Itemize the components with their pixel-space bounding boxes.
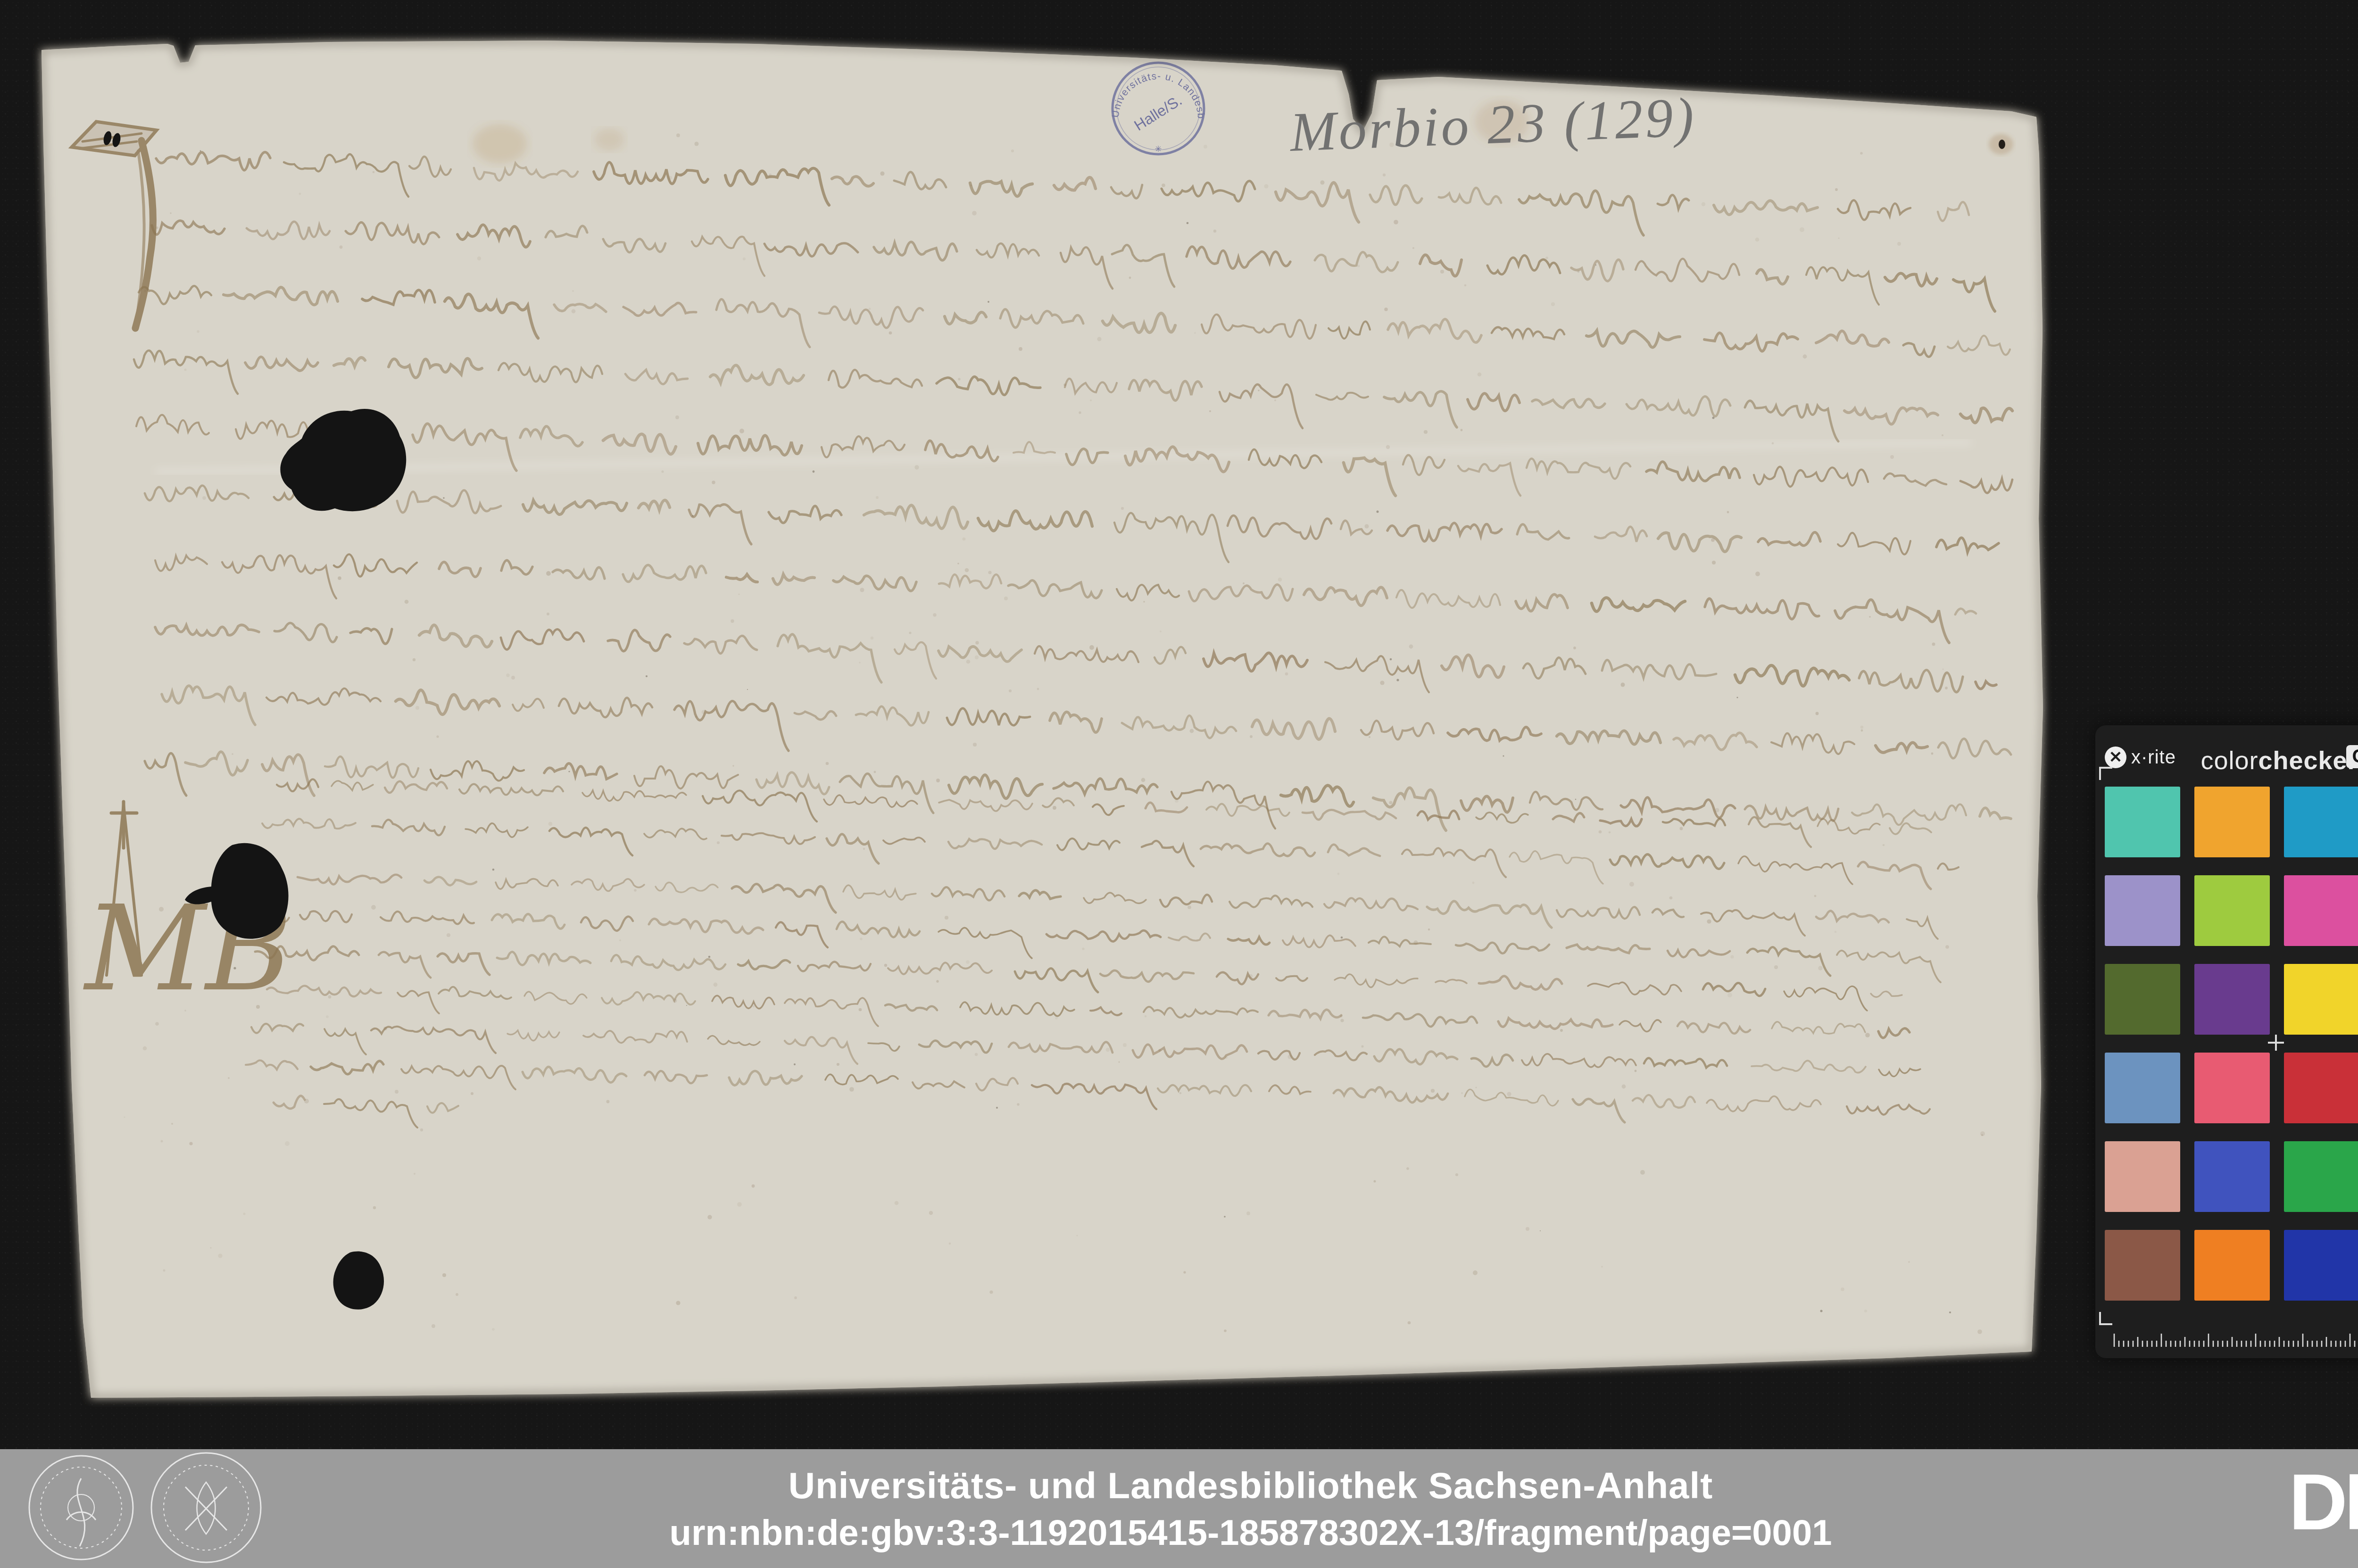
stamp-bottom-mark: ✳ bbox=[1154, 144, 1162, 154]
library-stamp: Universitäts- u. Landesbibliothek Halle/… bbox=[1107, 58, 1209, 159]
colorchecker-patch-r5c1 bbox=[2105, 1141, 2180, 1212]
colorchecker-patch-r2c3 bbox=[2284, 875, 2358, 946]
colorchecker-patch-r3c1 bbox=[2105, 964, 2180, 1035]
colorchecker-patch-r1c3 bbox=[2284, 787, 2358, 857]
xrite-brand-label: x·rite bbox=[2131, 747, 2176, 768]
xrite-brand: ✕ x·rite bbox=[2105, 745, 2176, 770]
colorchecker-patch-r5c2 bbox=[2194, 1141, 2270, 1212]
parchment-photo: MB bbox=[0, 0, 2358, 1568]
colorchecker-patch-r6c1 bbox=[2105, 1230, 2180, 1301]
colorchecker-patch-r3c3 bbox=[2284, 964, 2358, 1035]
colorchecker-patch-r4c1 bbox=[2105, 1053, 2180, 1123]
footer-bar: Universitäts- und Landesbibliothek Sachs… bbox=[0, 1449, 2358, 1568]
colorchecker-title: colorchecker bbox=[2194, 746, 2358, 775]
colorchecker-patch-r1c2 bbox=[2194, 787, 2270, 857]
parchment-edge-shadow bbox=[42, 41, 2043, 1398]
colorchecker-patch-r4c3 bbox=[2284, 1053, 2358, 1123]
colorchecker-patch-r1c1 bbox=[2105, 787, 2180, 857]
ruler-mm: mm bbox=[2112, 1325, 2358, 1350]
dfg-logo: DFG bbox=[2289, 1457, 2358, 1548]
scan-page: MB Universitäts- u. Landesbibliothek Hal… bbox=[0, 0, 2358, 1568]
colorchecker-patch-r2c2 bbox=[2194, 875, 2270, 946]
footer-urn: urn:nbn:de:gbv:3:3-1192015415-185878302X… bbox=[0, 1512, 2358, 1553]
fiducial-top-left bbox=[2099, 767, 2112, 780]
colorchecker-card: ✕ x·rite colorchecker CLASSIC mm bbox=[2095, 725, 2358, 1358]
colorchecker-title-bold: checker bbox=[2258, 747, 2358, 775]
colorchecker-patch-r2c1 bbox=[2105, 875, 2180, 946]
stamp-center-text: Halle/S. bbox=[1131, 91, 1185, 134]
center-cross-icon bbox=[2268, 1035, 2284, 1051]
colorchecker-classic-badge: CLASSIC bbox=[2346, 745, 2358, 768]
fiducial-bottom-left bbox=[2099, 1312, 2112, 1325]
colorchecker-patch-r4c2 bbox=[2194, 1053, 2270, 1123]
xrite-logo-icon: ✕ bbox=[2105, 747, 2126, 768]
colorchecker-title-light: color bbox=[2200, 747, 2258, 775]
colorchecker-patch-r6c2 bbox=[2194, 1230, 2270, 1301]
colorchecker-patch-r6c3 bbox=[2284, 1230, 2358, 1301]
colorchecker-patch-r3c2 bbox=[2194, 964, 2270, 1035]
colorchecker-patch-r5c3 bbox=[2284, 1141, 2358, 1212]
footer-institution: Universitäts- und Landesbibliothek Sachs… bbox=[0, 1464, 2358, 1507]
